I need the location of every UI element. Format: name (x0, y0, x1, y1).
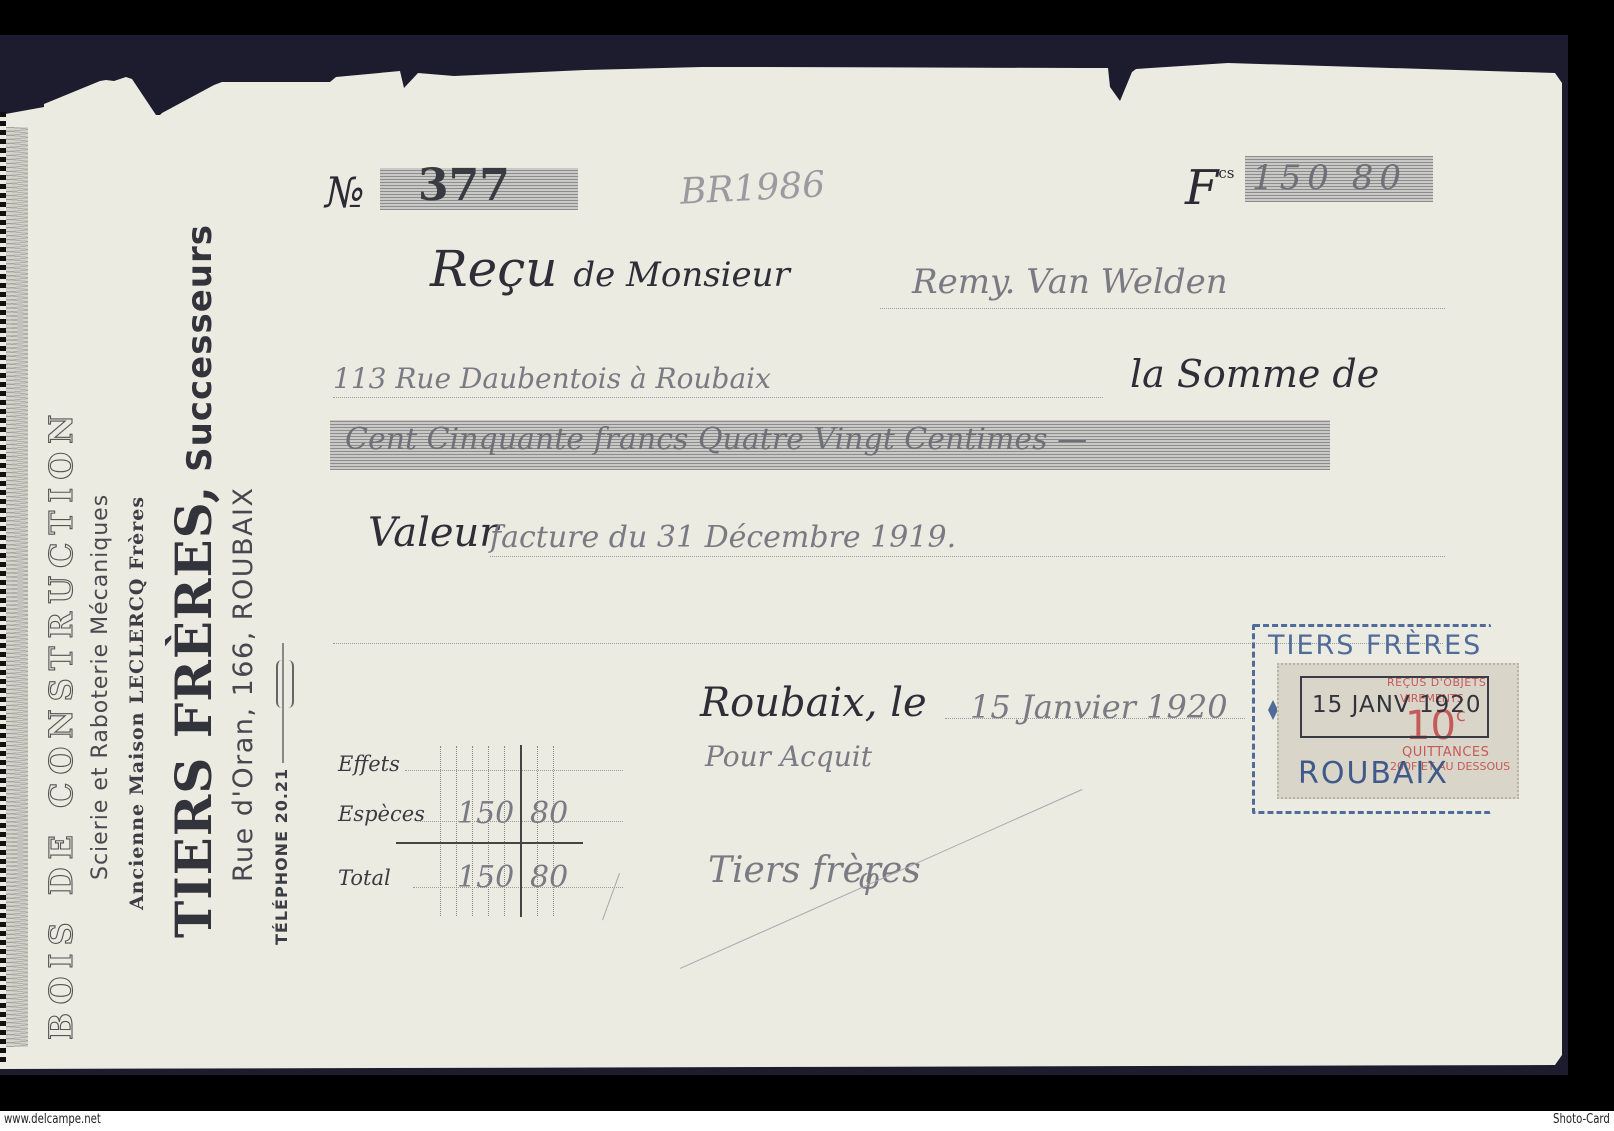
payer-address: 113 Rue Daubentois à Roubaix (333, 362, 771, 395)
company-activity: Scierie et Raboterie Mécaniques (88, 494, 113, 880)
from-label: de Monsieur (573, 255, 789, 295)
total-rule (396, 842, 583, 844)
guilloche-strip (6, 127, 28, 1047)
effets-line (405, 770, 623, 771)
stamp-company: TIERS FRÈRES (1268, 630, 1482, 661)
received-from-label: Reçu de Monsieur (430, 240, 790, 298)
acquit-note: Pour Acquit (705, 740, 872, 773)
company-telephone: TÉLÉPHONE 20.21 (272, 768, 291, 945)
stamp-city: ROUBAIX (1298, 756, 1449, 791)
value-description: facture du 31 Décembre 1919. (490, 520, 956, 555)
footer-watermark: Shoto-Card (1553, 1112, 1610, 1127)
company-address: Rue d'Oran, 166, ROUBAIX (228, 486, 259, 882)
row-label-total: Total (338, 866, 391, 890)
company-suffix: Successeurs (180, 224, 220, 485)
total-line (413, 887, 623, 888)
grid-line (440, 746, 441, 916)
receipt-number: 377 (418, 160, 510, 211)
row-label-especes: Espèces (338, 802, 425, 826)
amount-in-words: Cent Cinquante francs Quatre Vingt Centi… (345, 422, 1087, 457)
date-line (945, 718, 1245, 719)
especes-centimes: 80 (530, 796, 568, 831)
especes-francs: 150 (457, 796, 514, 831)
date-stamp: 15 JANV 1920 (1312, 692, 1481, 718)
value-line (490, 556, 1445, 557)
total-centimes: 80 (530, 860, 568, 895)
currency-suffix: cs (1218, 164, 1234, 182)
sum-label: la Somme de (1130, 352, 1379, 396)
payer-line (880, 308, 1445, 309)
reference-note: BR1986 (679, 164, 826, 213)
received-label: Reçu (430, 240, 557, 298)
value-label: Valeur (368, 510, 498, 556)
decorative-ornament (276, 660, 294, 708)
number-symbol: № (325, 168, 365, 217)
francs-centimes-divider (520, 745, 522, 917)
place-label: Roubaix, le (700, 680, 927, 726)
payer-name: Remy. Van Welden (912, 262, 1228, 302)
signature: Tiers frères (708, 850, 921, 891)
address-line (333, 397, 1103, 398)
former-house: Ancienne Maison LECLERCQ Frères (126, 496, 148, 910)
company-name-main: TIERS FRÈRES, (164, 485, 223, 938)
footer-source-link[interactable]: www.delcampe.net (4, 1112, 101, 1127)
amount-value: 150 80 (1252, 158, 1407, 198)
company-name: TIERS FRÈRES, Successeurs (164, 224, 223, 938)
receipt-date: 15 Janvier 1920 (970, 688, 1228, 726)
company-tagline: BOIS DE CONSTRUCTION (42, 407, 80, 1040)
total-francs: 150 (457, 860, 514, 895)
currency-label: Fcs (1185, 160, 1234, 216)
footer-bar (0, 1111, 1614, 1131)
currency-letter: F (1185, 160, 1218, 216)
row-label-effets: Effets (338, 752, 400, 776)
